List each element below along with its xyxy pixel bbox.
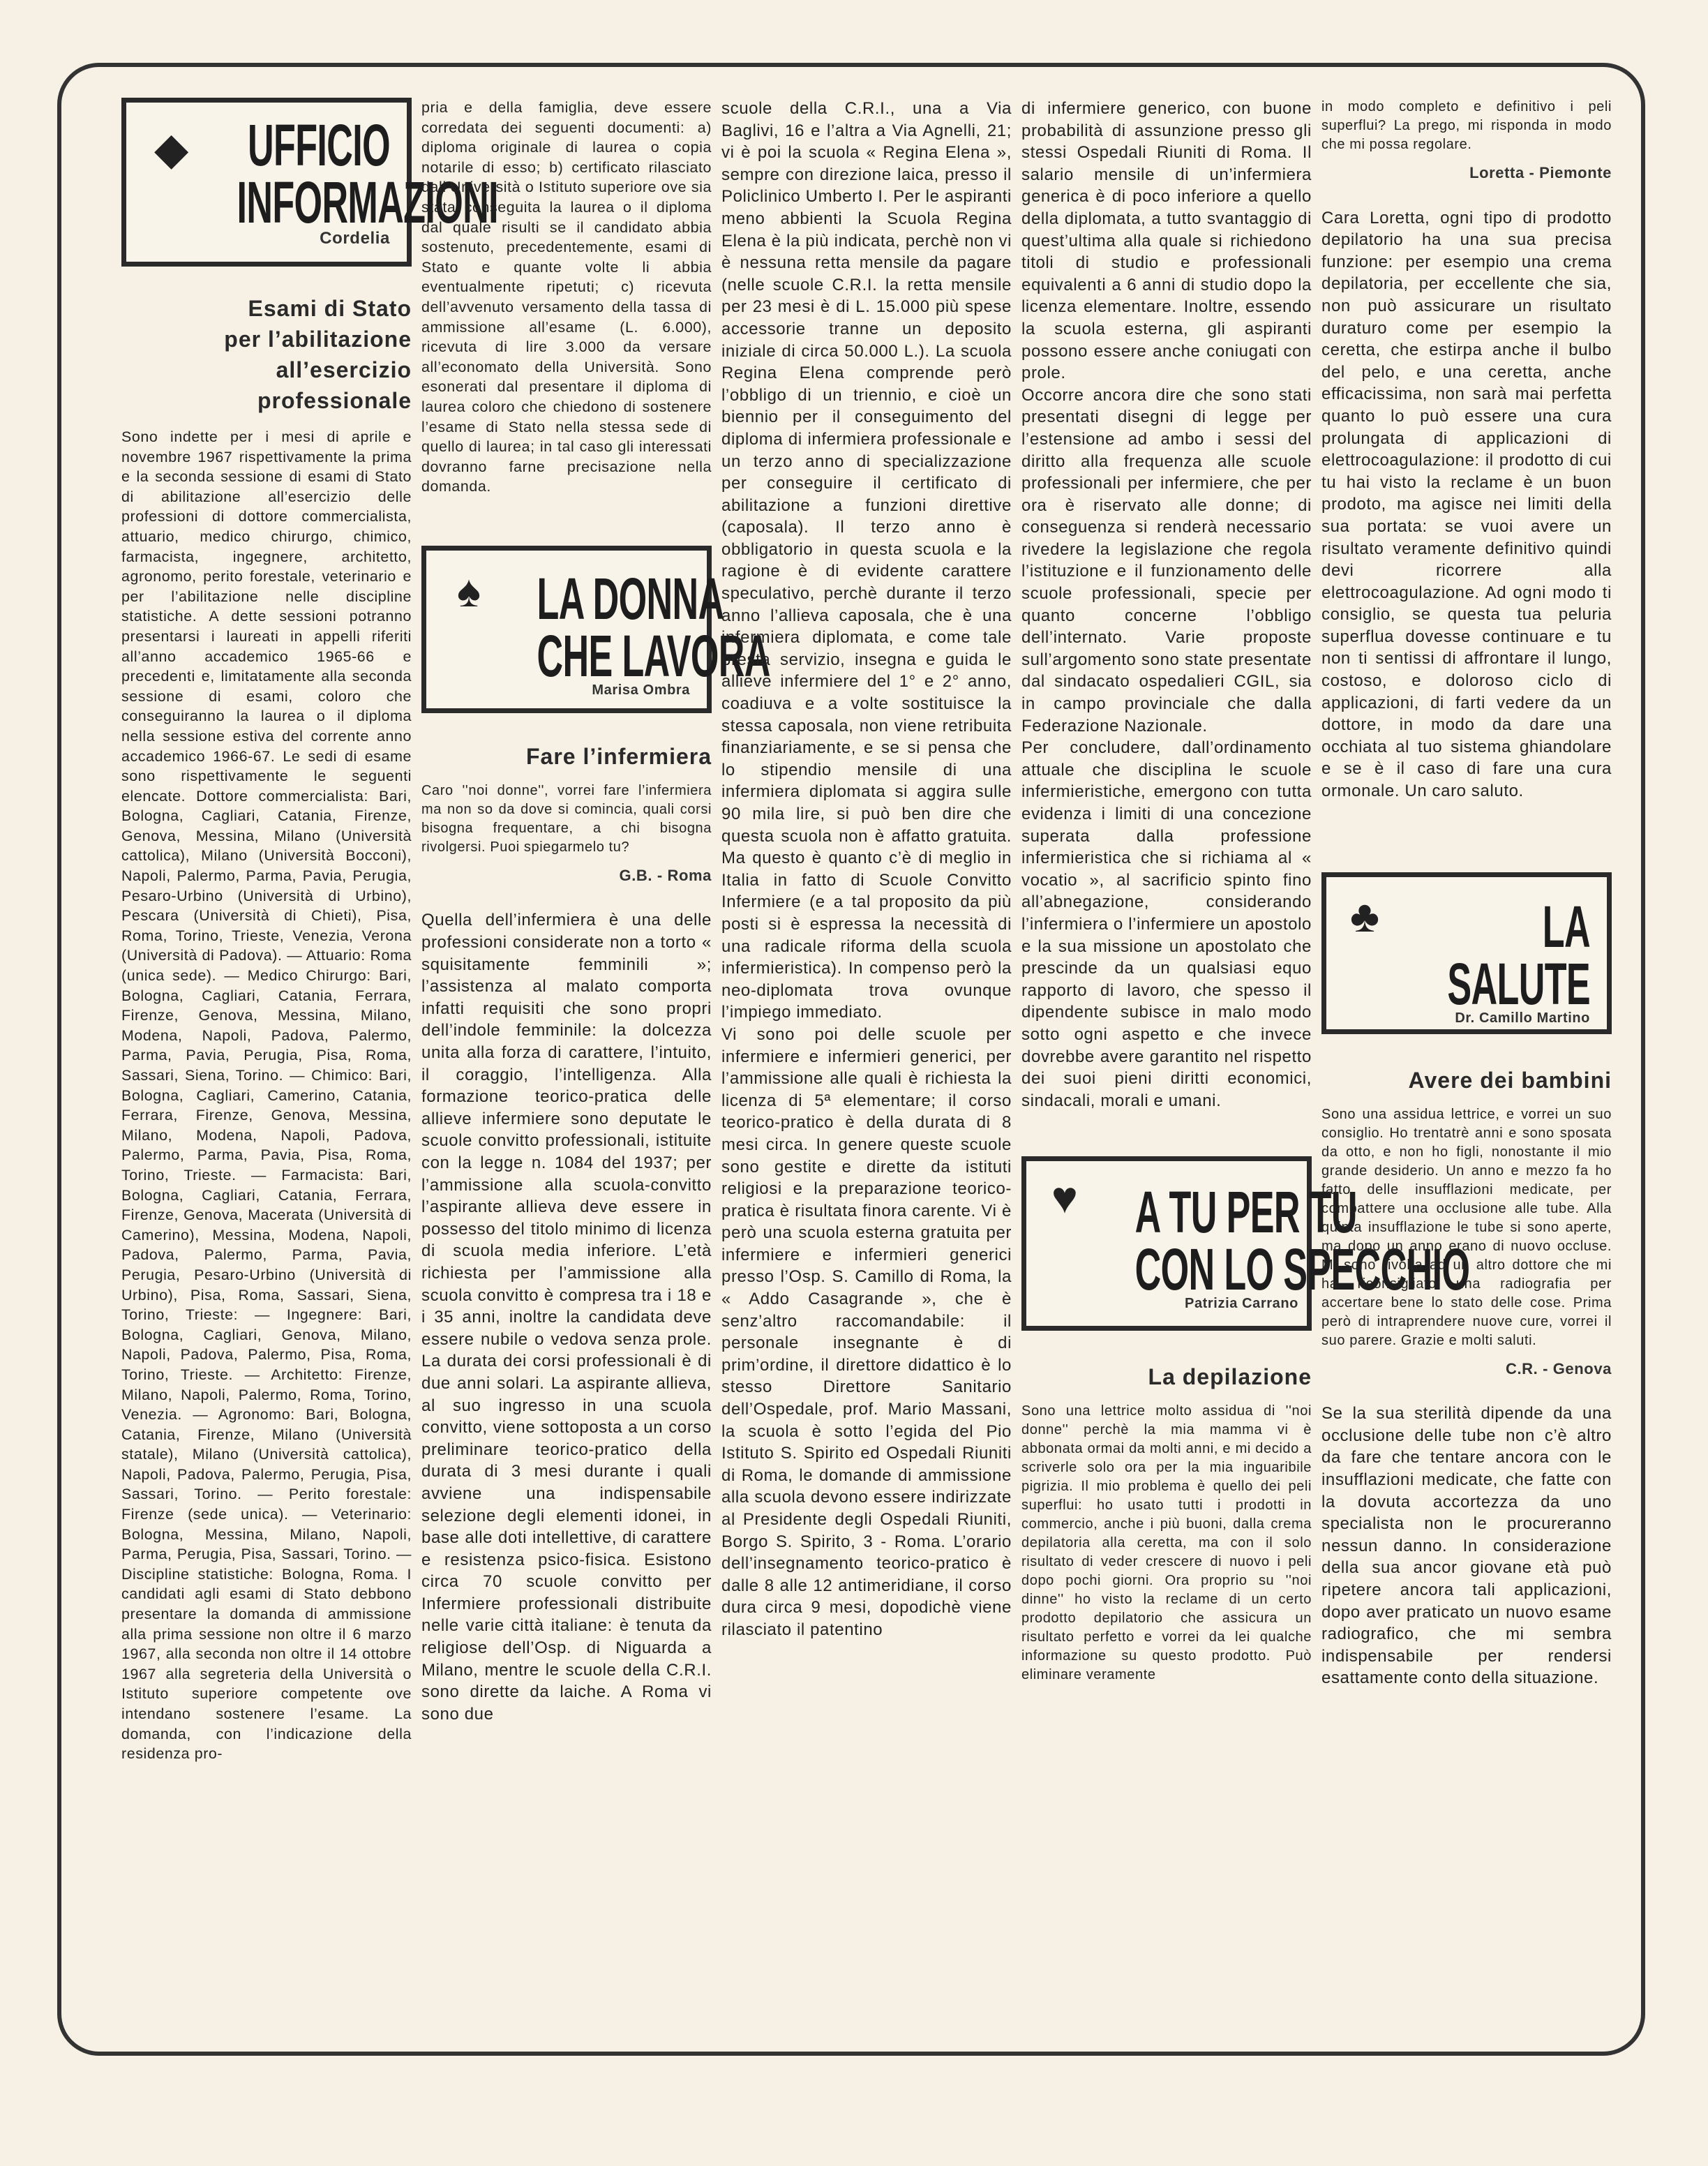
reader-letter: Caro ''noi donne'', vorrei fare l’inferm… <box>421 782 712 857</box>
rubric-title-line2: SALUTE <box>1437 955 1590 1013</box>
article-title-line: all’esercizio <box>121 354 412 385</box>
article-answer-continued: Per concludere, dall’ordinamento attuale… <box>1021 737 1312 1112</box>
diamond-icon: ◆ <box>154 126 189 171</box>
article-title-line: professionale <box>121 385 412 416</box>
column-5: in modo completo e definitivo i peli sup… <box>1321 98 1612 1689</box>
rubric-title-line2: CON LO SPECCHIO <box>1135 1241 1298 1298</box>
article-answer: Se la sua sterilità dipende da una occlu… <box>1321 1403 1612 1689</box>
rubric-title-line1: UFFICIO <box>237 117 390 174</box>
reader-letter: Sono una assidua lettrice, e vorrei un s… <box>1321 1105 1612 1350</box>
club-icon: ♣ <box>1350 894 1380 939</box>
letter-signature: G.B. - Roma <box>421 864 712 888</box>
article-body-continued: pria e della famiglia, deve essere corre… <box>421 98 712 497</box>
article-answer-continued: scuole della C.R.I., una a Via Baglivi, … <box>721 98 1012 1024</box>
spade-icon: ♠ <box>457 569 481 613</box>
heart-icon: ♥ <box>1051 1175 1079 1220</box>
article-answer: Quella dell’infermiera è una delle profe… <box>421 909 712 1725</box>
column-3: scuole della C.R.I., una a Via Baglivi, … <box>721 98 1012 1641</box>
article-body: Sono indette per i mesi di aprile e nove… <box>121 427 412 1764</box>
reader-letter: Sono una lettrice molto assidua di ''noi… <box>1021 1402 1312 1685</box>
rubric-title-line1: A TU PER TU <box>1135 1183 1298 1241</box>
article-title-line: Esami di Stato <box>121 293 412 324</box>
article-title-line: per l’abilitazione <box>121 324 412 354</box>
rubric-box-ufficio-informazioni: ◆ UFFICIO INFORMAZIONI Cordelia <box>121 98 412 267</box>
article-title: Fare l’infermiera <box>421 741 712 772</box>
letter-signature: C.R. - Genova <box>1321 1357 1612 1381</box>
column-2: pria e della famiglia, deve essere corre… <box>421 98 712 1725</box>
column-4: di infermiere generico, con buone probab… <box>1021 98 1312 1685</box>
letter-signature: Loretta - Piemonte <box>1321 161 1612 185</box>
article-answer-continued: di infermiere generico, con buone probab… <box>1021 98 1312 384</box>
article-answer-continued: Occorre ancora dire che sono stati prese… <box>1021 384 1312 738</box>
article-answer: Cara Loretta, ogni tipo di prodotto depi… <box>1321 207 1612 802</box>
article-title: La depilazione <box>1021 1361 1312 1392</box>
rubric-box-la-donna-che-lavora: ♠ LA DONNA CHE LAVORA Marisa Ombra <box>421 546 712 713</box>
rubric-title-line2: CHE LAVORA <box>537 627 690 685</box>
rubric-title-line1: LA DONNA <box>537 570 690 627</box>
rubric-title-line2: INFORMAZIONI <box>237 174 390 231</box>
rubric-box-a-tu-per-tu-con-lo-specchio: ♥ A TU PER TU CON LO SPECCHIO Patrizia C… <box>1021 1156 1312 1331</box>
article-answer-continued: Vi sono poi delle scuole per infermiere … <box>721 1024 1012 1641</box>
rubric-title-line1: LA <box>1437 898 1590 955</box>
rubric-box-la-salute: ♣ LA SALUTE Dr. Camillo Martino <box>1321 872 1612 1034</box>
article-title: Avere dei bambini <box>1321 1065 1612 1096</box>
reader-letter-continued: in modo completo e definitivo i peli sup… <box>1321 98 1612 154</box>
column-1: ◆ UFFICIO INFORMAZIONI Cordelia Esami di… <box>121 98 412 1764</box>
